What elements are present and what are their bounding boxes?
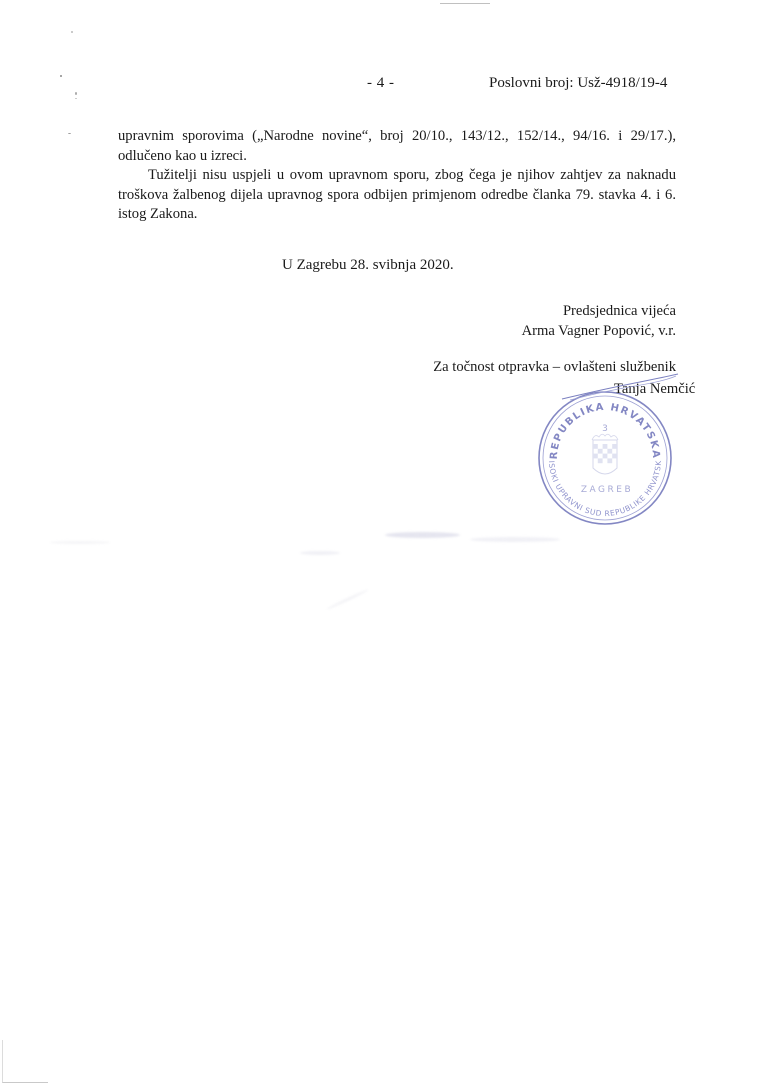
signature-title: Predsjednica vijeća: [522, 302, 676, 322]
scan-speck: [68, 133, 71, 134]
body-line: istog Zakona.: [118, 205, 676, 225]
signature-block: Predsjednica vijeća Arma Vagner Popović,…: [522, 302, 676, 341]
stamp-city: ZAGREB: [581, 485, 633, 495]
scan-speck: [75, 98, 77, 99]
signature-name: Arma Vagner Popović, v.r.: [522, 322, 676, 342]
page-number: - 4 -: [367, 75, 395, 92]
scan-artifact-line: [440, 3, 490, 4]
place-date: U Zagrebu 28. svibnja 2020.: [282, 257, 454, 274]
scan-speck: [71, 31, 73, 33]
scan-smudge: [470, 537, 560, 542]
scan-speck: [60, 75, 62, 77]
coat-of-arms-icon: [592, 434, 618, 474]
case-number: Poslovni broj: Usž-4918/19-4: [489, 75, 667, 92]
signature-scribble: [560, 372, 680, 402]
body-line: Tužitelji nisu uspjeli u ovom upravnom s…: [118, 166, 676, 186]
scan-smudge: [300, 551, 340, 555]
body-line: odlučeno kao u izreci.: [118, 147, 676, 167]
body-line: troškova žalbenog dijela upravnog spora …: [118, 186, 676, 206]
document-body: upravnim sporovima („Narodne novine“, br…: [118, 127, 676, 225]
document-page: - 4 - Poslovni broj: Usž-4918/19-4 uprav…: [0, 0, 768, 1087]
scan-smudge: [326, 589, 368, 611]
scan-smudge: [50, 541, 110, 544]
stamp-number: 3: [602, 424, 608, 434]
body-line: upravnim sporovima („Narodne novine“, br…: [118, 127, 676, 147]
scan-smudge: [385, 532, 460, 538]
scan-corner-mark: [2, 1040, 48, 1083]
official-stamp-icon: REPUBLIKA HRVATSKA VISOKI UPRAVNI SUD RE…: [535, 388, 675, 528]
scan-speck: [75, 92, 77, 95]
